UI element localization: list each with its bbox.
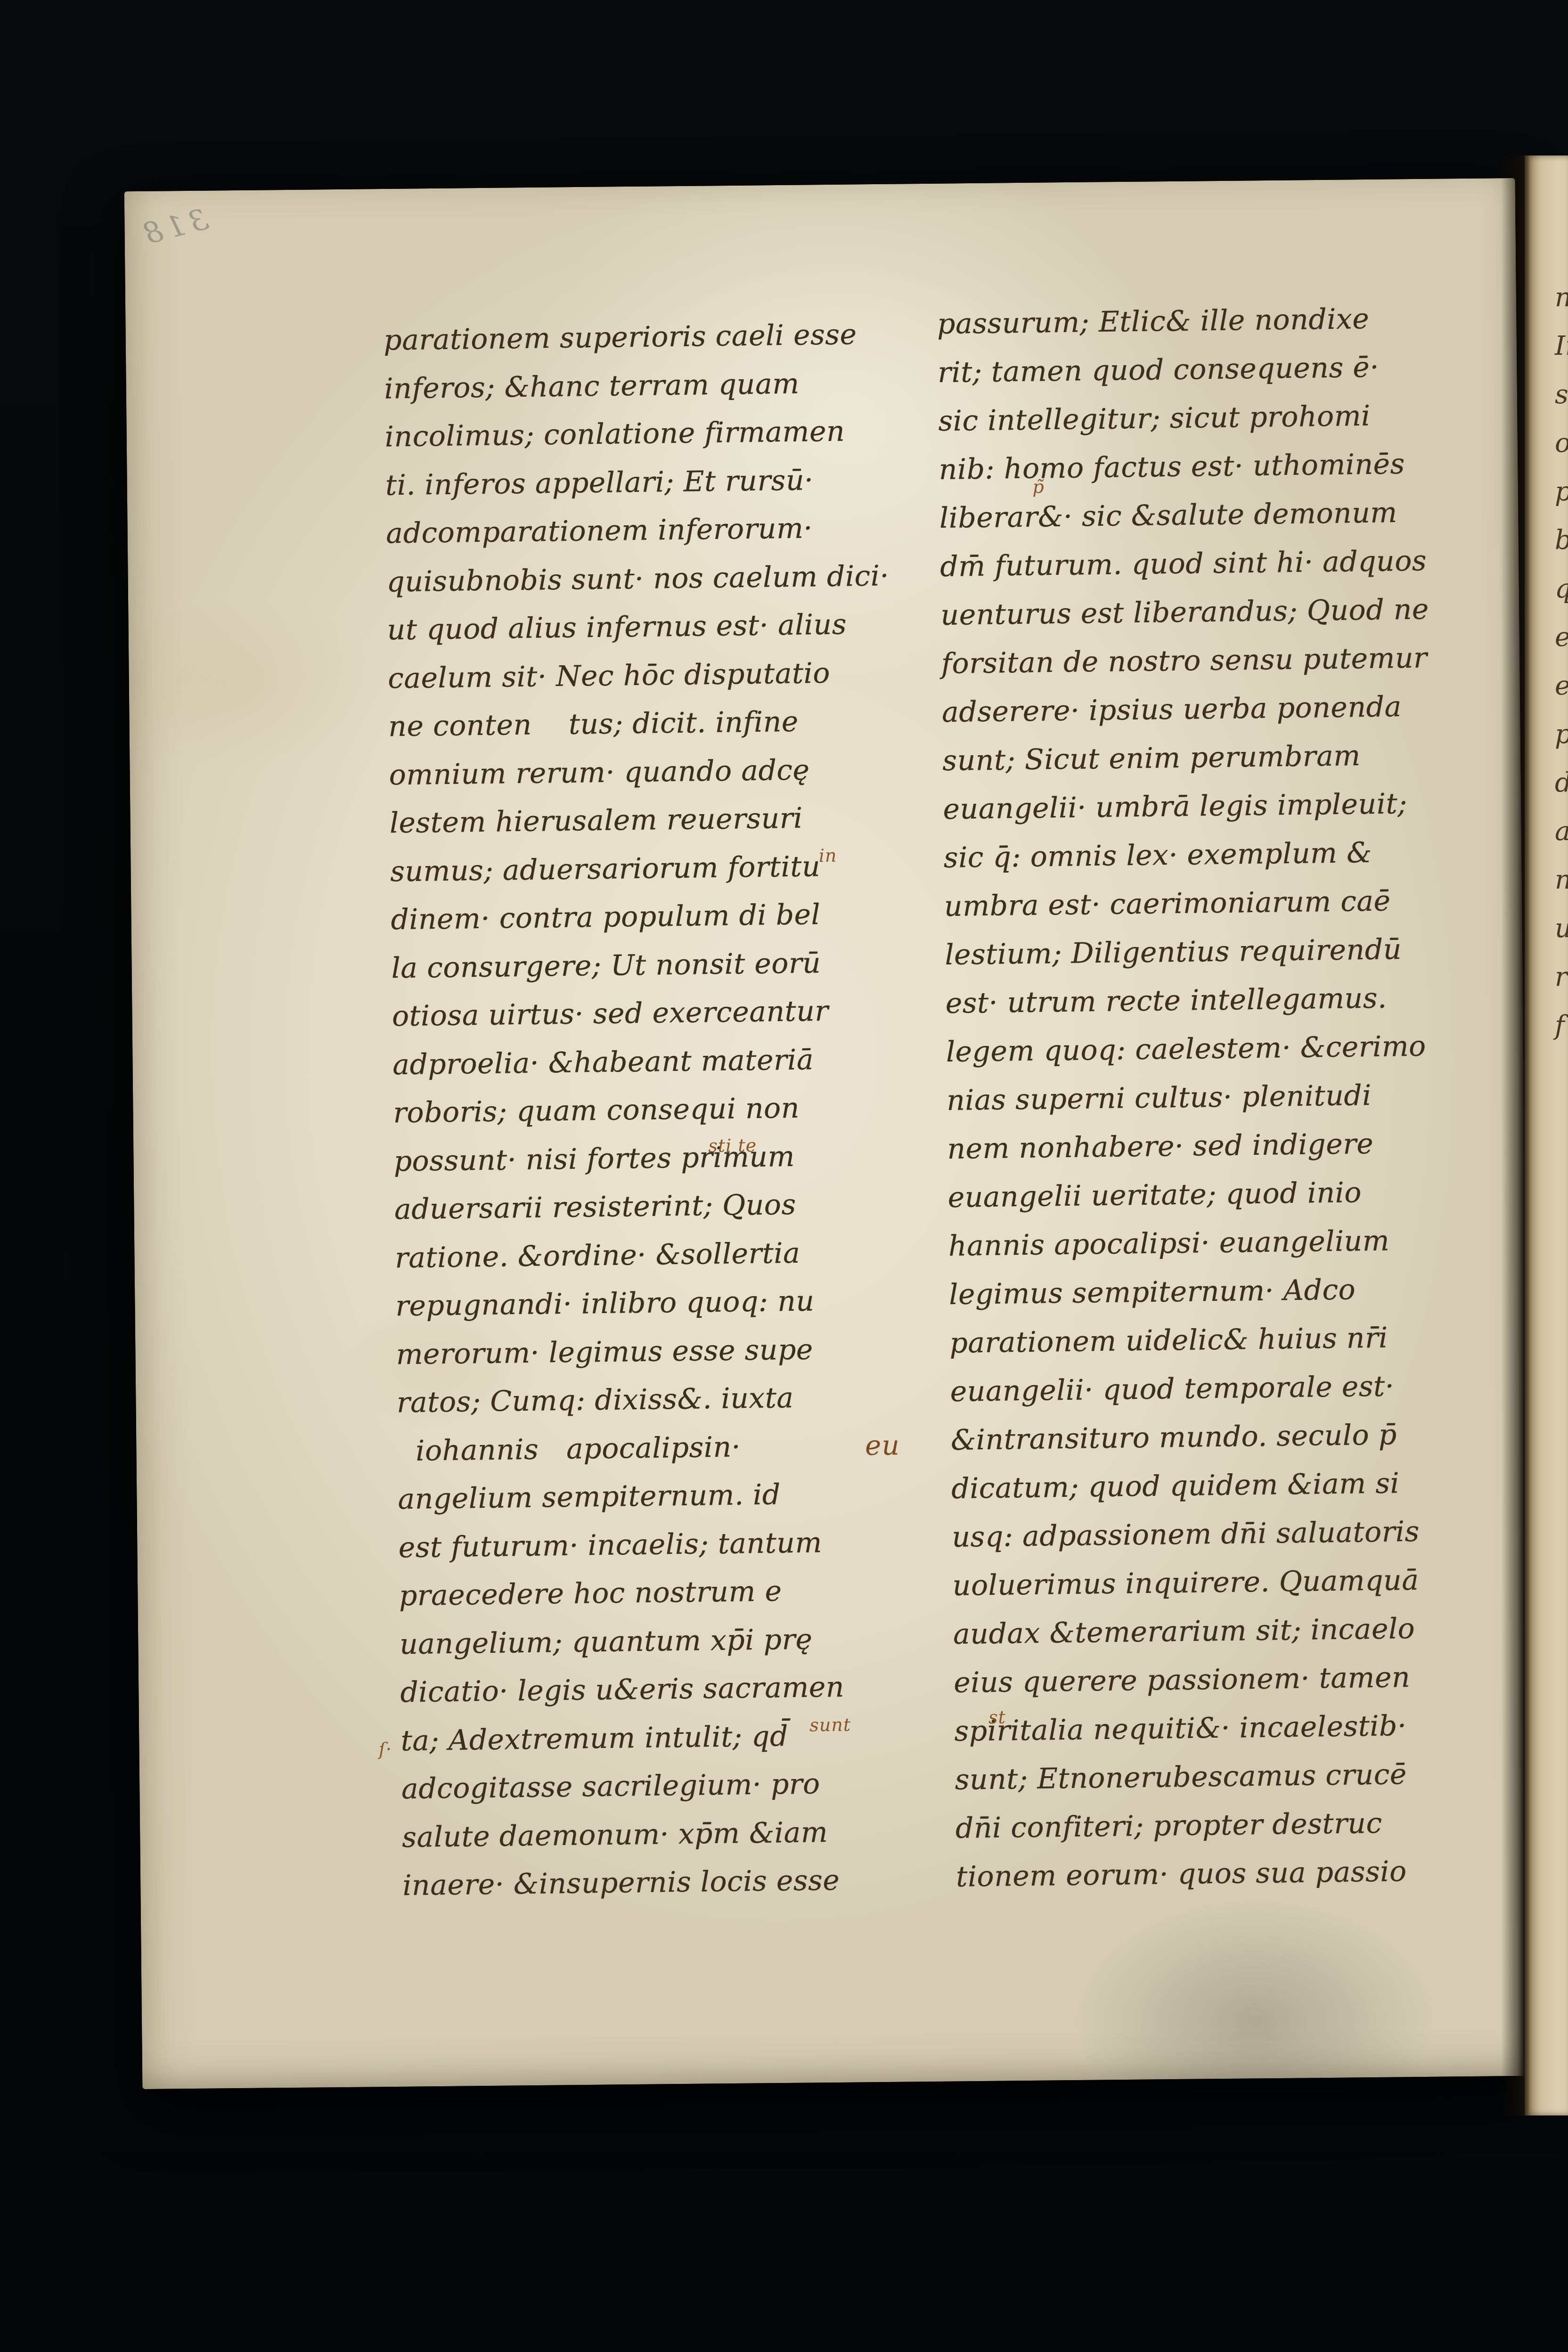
text-line: nias superni cultus· plenitudi [947,1070,1503,1125]
text-line: euangelii ueritate; quod inio [947,1167,1504,1222]
text-line: eius querere passionem· tamen [954,1652,1510,1707]
text-line: nib: homo factus est· uthominēs [939,439,1495,494]
text-line: sic q̄: omnis lex· exemplum & [943,827,1500,882]
text-line: aduersarii resisterint; Quos [394,1179,927,1233]
text-line: otiosa uirtus· sed exerceantur [392,986,924,1041]
text-fragment: d [1555,759,1568,807]
text-line: lestium; Diligentius requirendū [945,924,1501,980]
text-line: ut quod alius infernus est· alius [387,600,920,654]
red-ink-word: eu [865,1431,900,1459]
text-line: inferos; &hanc terram quam [384,358,917,413]
text-line: roboris; quam consequi non [393,1082,926,1137]
text-line: umbra est· caerimoniarum caē [944,876,1501,931]
text-fragment: p [1555,710,1568,759]
text-line: dn̄i confiteri; propter destruc [955,1797,1511,1853]
text-line: adcomparationem inferorum· [386,503,919,558]
text-line: ne conten tus; dicit. infine [388,696,921,751]
text-line: adserere· ipsius uerba ponenda [941,682,1498,737]
next-leaf-text-fragments: nInsuseorpblqueelpdanurf [1555,273,1568,1050]
text-line: euangelii· quod temporale est· [950,1361,1506,1416]
text-line: dinem· contra populum di bel [391,890,923,944]
text-line: rit; tamen quod consequens ē· [938,342,1494,397]
text-line: legimus sempiternum· Adco [949,1264,1505,1319]
text-line: salute daemonum· xp̄m &iam [402,1807,935,1862]
text-line: adproelia· &habeant materiā [392,1034,925,1089]
text-line: ta; Adextremum intulit; qd̄ [400,1710,933,1765]
interlinear-gloss: sunt [809,1716,851,1734]
text-fragment: p [1555,467,1568,516]
text-fragment: n [1555,856,1568,904]
text-line: quisubnobis sunt· nos caelum dici· [386,551,919,606]
margin-correction-mark: ſ· [379,1740,392,1758]
text-line: usq: adpassionem dn̄i saluatoris [952,1506,1508,1561]
text-line: ti. inferos appellari; Et rursū· [385,455,918,509]
text-line: dm̄ futurum. quod sint hi· adquos [940,536,1496,591]
manuscript-photo: { "folio_mark": "318", "colors": { "back… [0,0,1568,2352]
manuscript-page: 318 parationem superioris caeli esseinfe… [124,178,1534,2089]
text-fragment: a [1555,807,1568,856]
text-line: dicatio· legis u&eris sacramen [400,1662,933,1716]
text-fragment: Insu [1555,322,1568,370]
right-column: passurum; Etlic& ille nondixerit; tamen … [937,294,1512,1902]
text-fragment: qu [1555,564,1568,613]
text-fragment: r [1555,953,1568,1001]
text-line: parationem superioris caeli esse [384,310,916,365]
text-fragment: n [1555,273,1568,322]
next-leaf-edge: nInsuseorpblqueelpdanurf [1525,155,1568,2115]
text-line: inaere· &insupernis locis esse [402,1855,935,1910]
text-line: tionem eorum· quos sua passio [956,1846,1512,1901]
text-line: audax &temerarium sit; incaelo [953,1603,1509,1658]
text-fragment: e [1555,613,1568,661]
text-line: ratos; Cumq: dixiss&. iuxta [396,1372,929,1427]
text-line: ratione. &ordine· &sollertia [395,1227,928,1282]
text-line: uangelium; quantum xp̄i prę [400,1614,932,1668]
text-line: hannis apocalipsi· euangelium [948,1216,1504,1271]
interlinear-gloss: p̃ [1032,478,1045,496]
text-line: incolimus; conlatione firmamen [384,407,917,461]
text-line: sumus; aduersariorum fortitu [390,841,923,896]
text-line: iohannis apocalipsin· [397,1421,930,1475]
text-fragment: bl [1555,516,1568,564]
text-fragment: or [1555,419,1568,467]
text-line: spiritalia nequiti&· incaelestib· [954,1700,1511,1756]
text-line: angelium sempiternum. id [398,1469,931,1523]
text-line: adcogitasse sacrilegium· pro [401,1758,934,1813]
text-fragment: u [1555,904,1568,953]
text-line: nem nonhabere· sed indigere [947,1119,1503,1174]
page-gutter-shadow [1501,155,1525,2115]
text-line: legem quoq: caelestem· &cerimo [946,1021,1502,1077]
text-fragment: el [1555,661,1568,710]
text-line: lestem hierusalem reuersuri [389,793,922,848]
text-line: est· utrum recte intellegamus. [945,973,1502,1028]
text-line: merorum· legimus esse supe [396,1324,929,1379]
text-line: sic intellegitur; sicut prohomi [938,391,1494,446]
text-line: parationem uidelic& huius nr̄i [949,1312,1506,1367]
interlinear-gloss: in [819,847,837,865]
text-line: caelum sit· Nec hōc disputatio [388,648,921,702]
text-line: possunt· nisi fortes primum [393,1131,926,1185]
text-line: liberar&· sic &salute demonum [939,488,1495,543]
text-line: forsitan de nostro sensu putemur [941,633,1497,688]
text-line: repugnandi· inlibro quoq: nu [395,1275,928,1330]
text-line: sunt; Etnonerubescamus crucē [955,1749,1511,1804]
text-line: passurum; Etlic& ille nondixe [937,294,1493,349]
text-line: euangelii· umbrā legis impleuit; [943,779,1499,834]
text-line: uoluerimus inquirere. Quamquā [952,1555,1509,1610]
text-line: la consurgere; Ut nonsit eorū [391,938,924,992]
interlinear-gloss: sti te [708,1136,757,1155]
text-layer: parationem superioris caeli esseinferos;… [122,176,1536,2091]
text-line: uenturus est liberandus; Quod ne [940,585,1497,640]
text-line: est futurum· incaelis; tantum [398,1517,931,1572]
text-line: praecedere hoc nostrum e [399,1565,931,1620]
text-fragment: se [1555,370,1568,419]
text-line: sunt; Sicut enim perumbram [942,730,1499,785]
text-fragment: f [1555,1001,1568,1050]
text-line: dicatum; quod quidem &iam si [951,1458,1508,1513]
text-line: omnium rerum· quando adcę [389,744,922,799]
left-column: parationem superioris caeli esseinferos;… [384,310,935,1910]
text-line: &intransituro mundo. seculo p̄ [950,1409,1507,1464]
interlinear-gloss: st [988,1708,1006,1726]
